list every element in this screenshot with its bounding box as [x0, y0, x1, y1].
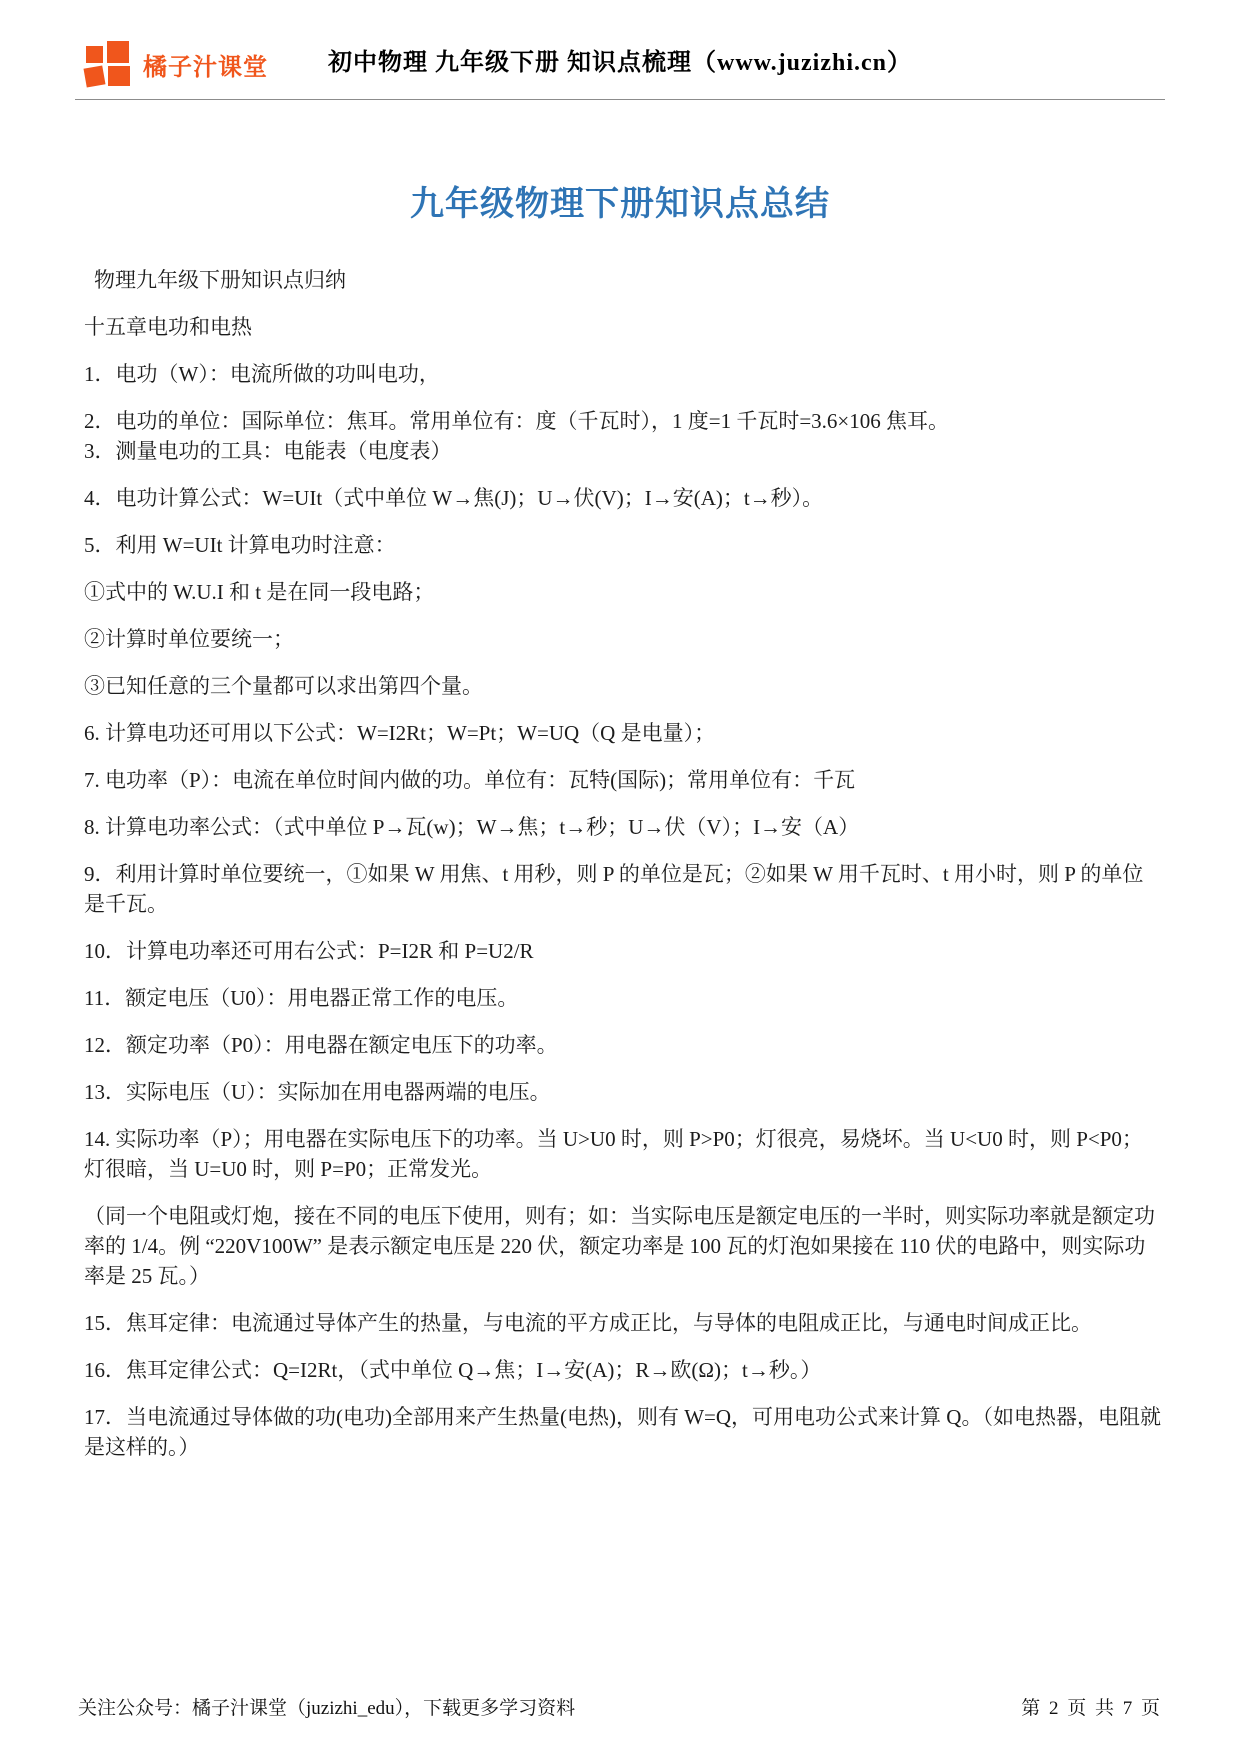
paragraph: 15．焦耳定律：电流通过导体产生的热量，与电流的平方成正比，与导体的电阻成正比，… [84, 1308, 1162, 1338]
paragraph: 14. 实际功率（P）；用电器在实际电压下的功率。当 U>U0 时，则 P>P0… [84, 1124, 1162, 1184]
paragraph: 物理九年级下册知识点归纳 [84, 265, 1162, 295]
paragraph: 13．实际电压（U）：实际加在用电器两端的电压。 [84, 1077, 1162, 1107]
paragraph: （同一个电阻或灯炮，接在不同的电压下使用，则有；如：当实际电压是额定电压的一半时… [84, 1201, 1162, 1291]
paragraph: 9．利用计算时单位要统一，①如果 W 用焦、t 用秒，则 P 的单位是瓦；②如果… [84, 859, 1162, 919]
paragraph: 17．当电流通过导体做的功(电功)全部用来产生热量(电热)，则有 W=Q，可用电… [84, 1402, 1162, 1462]
page-number: 第 2 页 共 7 页 [1021, 1693, 1162, 1720]
document-body: 物理九年级下册知识点归纳十五章电功和电热1．电功（W）：电流所做的功叫电功，2．… [84, 265, 1162, 1462]
paragraph: 7. 电功率（P）：电流在单位时间内做的功。单位有：瓦特(国际)；常用单位有：千… [84, 765, 1162, 795]
page-header: 橘子汁课堂 初中物理 九年级下册 知识点梳理（www.juzizhi.cn） [75, 0, 1165, 100]
footer-note: 关注公众号：橘子汁课堂（juzizhi_edu），下载更多学习资料 [78, 1693, 575, 1720]
paragraph: 12．额定功率（P0）：用电器在额定电压下的功率。 [84, 1030, 1162, 1060]
paragraph: 11．额定电压（U0）：用电器正常工作的电压。 [84, 983, 1162, 1013]
paragraph: 4．电功计算公式：W=UIt（式中单位 W→焦(J)；U→伏(V)；I→安(A)… [84, 483, 1162, 513]
document-page: 橘子汁课堂 初中物理 九年级下册 知识点梳理（www.juzizhi.cn） 九… [0, 0, 1240, 1754]
paragraph: 十五章电功和电热 [84, 312, 1162, 342]
paragraph: 2．电功的单位：国际单位：焦耳。常用单位有：度（千瓦时），1 度=1 千瓦时=3… [84, 406, 1162, 466]
page-title: 九年级物理下册知识点总结 [0, 176, 1240, 225]
paragraph: 5．利用 W=UIt 计算电功时注意： [84, 530, 1162, 560]
paragraph: 6. 计算电功还可用以下公式：W=I2Rt；W=Pt；W=UQ（Q 是电量）； [84, 718, 1162, 748]
paragraph: 16．焦耳定律公式：Q=I2Rt，（式中单位 Q→焦；I→安(A)；R→欧(Ω)… [84, 1355, 1162, 1385]
header-doc-title: 初中物理 九年级下册 知识点梳理（www.juzizhi.cn） [75, 42, 1165, 77]
paragraph: 1．电功（W）：电流所做的功叫电功， [84, 359, 1162, 389]
paragraph: 8. 计算电功率公式：（式中单位 P→瓦(w)；W→焦；t→秒；U→伏（V）；I… [84, 812, 1162, 842]
paragraph: ①式中的 W.U.I 和 t 是在同一段电路； [84, 577, 1162, 607]
paragraph: ②计算时单位要统一； [84, 624, 1162, 654]
paragraph: ③已知任意的三个量都可以求出第四个量。 [84, 671, 1162, 701]
paragraph: 10．计算电功率还可用右公式：P=I2R 和 P=U2/R [84, 936, 1162, 966]
page-footer: 关注公众号：橘子汁课堂（juzizhi_edu），下载更多学习资料 第 2 页 … [78, 1693, 1162, 1720]
